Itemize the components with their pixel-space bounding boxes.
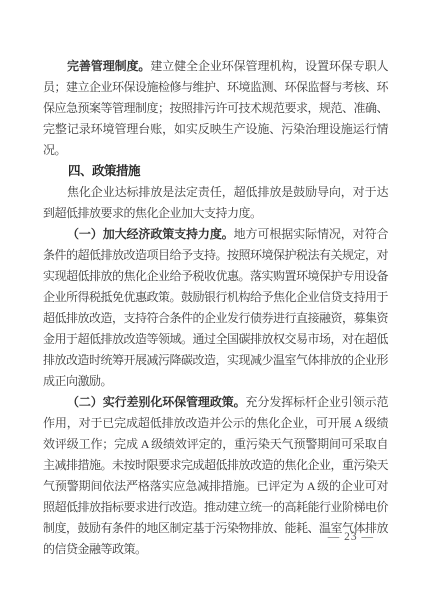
paragraph-lead: （二）实行差别化环保管理政策。 xyxy=(67,395,246,409)
paragraph: 完善管理制度。建立健全企业环保管理机构，设置环保专职人员；建立企业环保设施检修与… xyxy=(43,56,388,161)
document-page: 完善管理制度。建立健全企业环保管理机构，设置环保专职人员；建立企业环保设施检修与… xyxy=(43,56,388,560)
paragraph: 焦化企业达标排放是法定责任，超低排放是鼓励导向，对于达到超低排放要求的焦化企业加… xyxy=(43,182,388,224)
paragraph-lead: 完善管理制度。 xyxy=(67,59,150,73)
page-number: — 23 — xyxy=(328,531,374,543)
paragraph: （一）加大经济政策支持力度。地方可根据实际情况，对符合条件的超低排放改造项目给予… xyxy=(43,224,388,392)
paragraph-lead: （一）加大经济政策支持力度。 xyxy=(67,227,234,241)
section-heading: 四、政策措施 xyxy=(43,161,388,182)
paragraph-text: 地方可根据实际情况，对符合条件的超低排放改造项目给予支持。按照环境保护税法有关规… xyxy=(43,227,388,388)
paragraph-text: 建立健全企业环保管理机构，设置环保专职人员；建立企业环保设施检修与维护、环境监测… xyxy=(43,59,388,157)
